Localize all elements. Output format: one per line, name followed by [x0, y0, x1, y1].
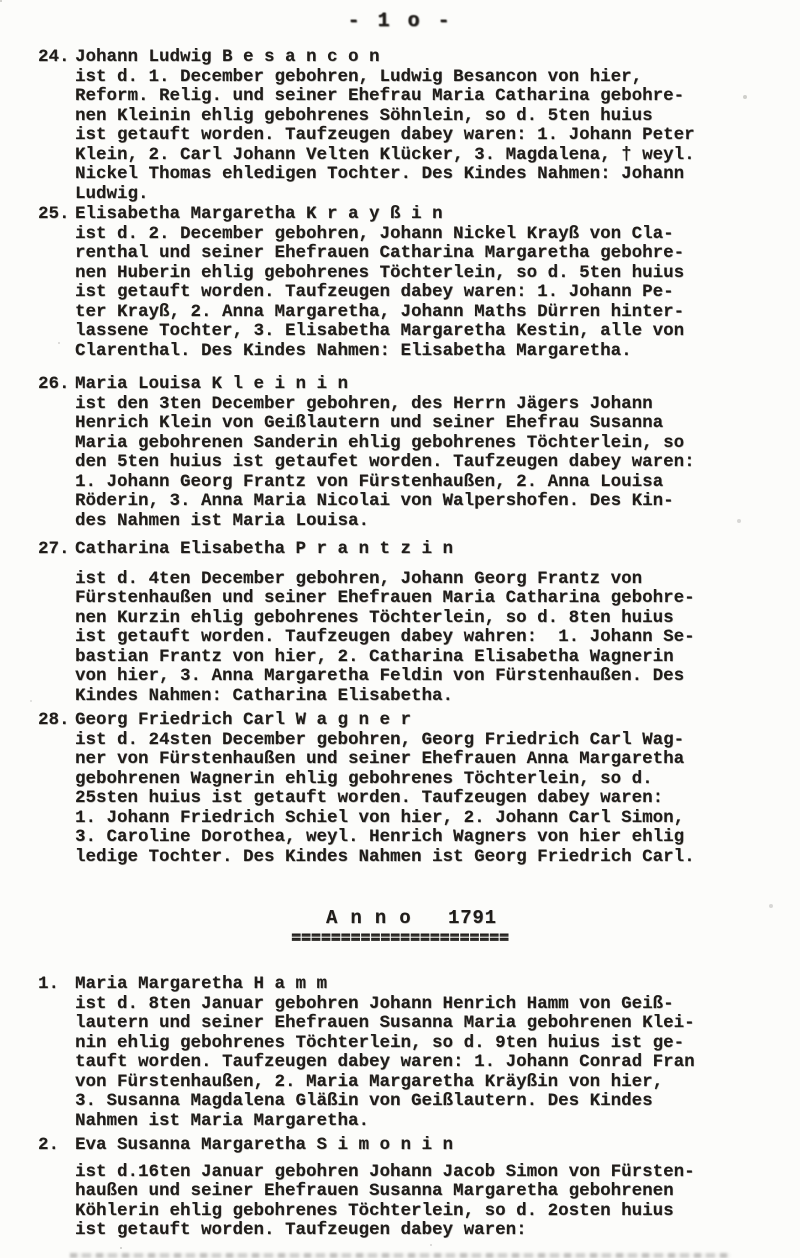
- text-line: ist d. 1. December gebohren, Ludwig Besa…: [75, 68, 765, 88]
- register-entry-28: 28. Georg Friedrich Carl W a g n e r ist…: [0, 711, 800, 867]
- text-line: lassene Tochter, 3. Elisabetha Margareth…: [75, 322, 765, 342]
- text-line: 1. Johann Friedrich Schiel von hier, 2. …: [75, 809, 765, 829]
- text-line: haußen und seiner Ehefrauen Susanna Marg…: [75, 1182, 765, 1202]
- section-heading-underline: ======================: [291, 931, 800, 945]
- text-line: Röderin, 3. Anna Maria Nicolai von Walpe…: [75, 492, 765, 512]
- text-line: Nickel Thomas ehledigen Tochter. Des Kin…: [75, 165, 765, 185]
- scan-noise-specks: [0, 0, 2, 2]
- register-entry-1791-1: 1. Maria Margaretha H a m m ist d. 8ten …: [0, 975, 800, 1131]
- entry-body: ist d. 24sten December gebohren, Georg F…: [75, 731, 765, 868]
- text-line: 1. Johann Georg Frantz von Fürstenhaußen…: [75, 473, 765, 493]
- text-line: des Nahmen ist Maria Louisa.: [75, 512, 765, 532]
- text-line: ist getauft worden. Taufzeugen dabey war…: [75, 126, 765, 146]
- text-line: ist getauft worden. Taufzeugen dabey war…: [75, 283, 765, 303]
- text-line: ter Krayß, 2. Anna Margaretha, Johann Ma…: [75, 303, 765, 323]
- register-entry-24: 24. Johann Ludwig B e s a n c o n ist d.…: [0, 48, 800, 204]
- text-line: ist d. 4ten December gebohren, Johann Ge…: [75, 570, 765, 590]
- text-line: Henrich Klein von Geißlautern und seiner…: [75, 414, 765, 434]
- document-page: - 1 o - 24. Johann Ludwig B e s a n c o …: [0, 0, 800, 1258]
- text-line: Klein, 2. Carl Johann Velten Klücker, 3.…: [75, 146, 765, 166]
- entry-number: 24.: [38, 48, 75, 204]
- register-entry-1791-2: 2. Eva Susanna Margaretha S i m o n i n …: [0, 1136, 800, 1241]
- entry-number: 26.: [38, 375, 75, 531]
- entry-content: Georg Friedrich Carl W a g n e r ist d. …: [75, 711, 765, 867]
- text-line: nen Kurzin ehlig gebohrenes Töchterlein,…: [75, 609, 765, 629]
- text-line: 3. Caroline Dorothea, weyl. Henrich Wagn…: [75, 828, 765, 848]
- text-line: nen Huberin ehlig gebohrenes Töchterlein…: [75, 264, 765, 284]
- text-line: tauft worden. Taufzeugen dabey waren: 1.…: [75, 1053, 765, 1073]
- entry-body: ist d. 2. December gebohren, Johann Nick…: [75, 225, 765, 362]
- register-entry-25: 25. Elisabetha Margaretha K r a y ß i n …: [0, 205, 800, 361]
- section-heading-anno-1791: A n n o 1791: [326, 907, 800, 929]
- text-line: Ludwig.: [75, 185, 765, 205]
- text-line: Fürstenhaußen und seiner Ehefrauen Maria…: [75, 589, 765, 609]
- text-line: ist getauft worden. Taufzeugen dabey wah…: [75, 628, 765, 648]
- entry-body: ist d. 4ten December gebohren, Johann Ge…: [75, 570, 765, 707]
- page-number: - 1 o -: [0, 10, 800, 33]
- text-line: ist d.16ten Januar gebohren Johann Jacob…: [75, 1163, 765, 1183]
- text-line: Reform. Relig. und seiner Ehefrau Maria …: [75, 87, 765, 107]
- entry-content: Eva Susanna Margaretha S i m o n i n ist…: [75, 1136, 765, 1241]
- entry-number: 2.: [38, 1136, 75, 1241]
- entry-child-name: Georg Friedrich Carl W a g n e r: [75, 711, 765, 731]
- text-line: bastian Frantz von hier, 2. Catharina El…: [75, 648, 765, 668]
- entry-body: ist d.16ten Januar gebohren Johann Jacob…: [75, 1163, 765, 1241]
- entry-content: Maria Margaretha H a m m ist d. 8ten Jan…: [75, 975, 765, 1131]
- entry-number: 1.: [38, 975, 75, 1131]
- text-line: ist d. 8ten Januar gebohren Johann Henri…: [75, 995, 765, 1015]
- text-line: 3. Susanna Magdalena Gläßin von Geißlaut…: [75, 1092, 765, 1112]
- text-line: ist getauft worden. Taufzeugen dabey war…: [75, 1221, 765, 1241]
- text-line: gebohrenen Wagnerin ehlig gebohrenes Töc…: [75, 770, 765, 790]
- text-line: Maria gebohrenen Sanderin ehlig gebohren…: [75, 434, 765, 454]
- entry-child-name: Eva Susanna Margaretha S i m o n i n: [75, 1136, 765, 1156]
- text-line: den 5ten huius ist getaufet worden. Tauf…: [75, 453, 765, 473]
- text-line: ist d. 2. December gebohren, Johann Nick…: [75, 225, 765, 245]
- text-line: Nahmen ist Maria Margaretha.: [75, 1112, 765, 1132]
- text-line: Kindes Nahmen: Catharina Elisabetha.: [75, 687, 765, 707]
- entry-child-name: Catharina Elisabetha P r a n t z i n: [75, 540, 765, 560]
- entry-child-name: Johann Ludwig B e s a n c o n: [75, 48, 765, 68]
- text-line: ist den 3ten December gebohren, des Herr…: [75, 395, 765, 415]
- text-line: Köhlerin ehlig gebohrenes Töchterlein, s…: [75, 1202, 765, 1222]
- register-entry-26: 26. Maria Louisa K l e i n i n ist den 3…: [0, 375, 800, 531]
- entry-content: Johann Ludwig B e s a n c o n ist d. 1. …: [75, 48, 765, 204]
- entry-number: 27.: [38, 540, 75, 706]
- entry-content: Elisabetha Margaretha K r a y ß i n ist …: [75, 205, 765, 361]
- entry-number: 25.: [38, 205, 75, 361]
- text-line: renthal und seiner Ehefrauen Catharina M…: [75, 244, 765, 264]
- text-line: ner von Fürstenhaußen und seiner Ehefrau…: [75, 750, 765, 770]
- entry-content: Catharina Elisabetha P r a n t z i n ist…: [75, 540, 765, 706]
- text-line: 25sten huius ist getauft worden. Taufzeu…: [75, 789, 765, 809]
- entry-body: ist d. 1. December gebohren, Ludwig Besa…: [75, 68, 765, 205]
- cutoff-next-line-smudge: [70, 1253, 730, 1258]
- entry-child-name: Elisabetha Margaretha K r a y ß i n: [75, 205, 765, 225]
- entry-child-name: Maria Louisa K l e i n i n: [75, 375, 765, 395]
- text-line: ledige Tochter. Des Kindes Nahmen ist Ge…: [75, 848, 765, 868]
- text-line: ist d. 24sten December gebohren, Georg F…: [75, 731, 765, 751]
- entry-content: Maria Louisa K l e i n i n ist den 3ten …: [75, 375, 765, 531]
- text-line: von Fürstenhaußen, 2. Maria Margaretha K…: [75, 1073, 765, 1093]
- entry-child-name: Maria Margaretha H a m m: [75, 975, 765, 995]
- register-entry-27: 27. Catharina Elisabetha P r a n t z i n…: [0, 540, 800, 706]
- entry-number: 28.: [38, 711, 75, 867]
- text-line: nin ehlig gebohrenes Töchterlein, so d. …: [75, 1034, 765, 1054]
- entry-body: ist den 3ten December gebohren, des Herr…: [75, 395, 765, 532]
- text-line: Clarenthal. Des Kindes Nahmen: Elisabeth…: [75, 342, 765, 362]
- text-line: von hier, 3. Anna Margaretha Feldin von …: [75, 667, 765, 687]
- entry-body: ist d. 8ten Januar gebohren Johann Henri…: [75, 995, 765, 1132]
- text-line: nen Kleinin ehlig gebohrenes Söhnlein, s…: [75, 107, 765, 127]
- text-line: lautern und seiner Ehefrauen Susanna Mar…: [75, 1014, 765, 1034]
